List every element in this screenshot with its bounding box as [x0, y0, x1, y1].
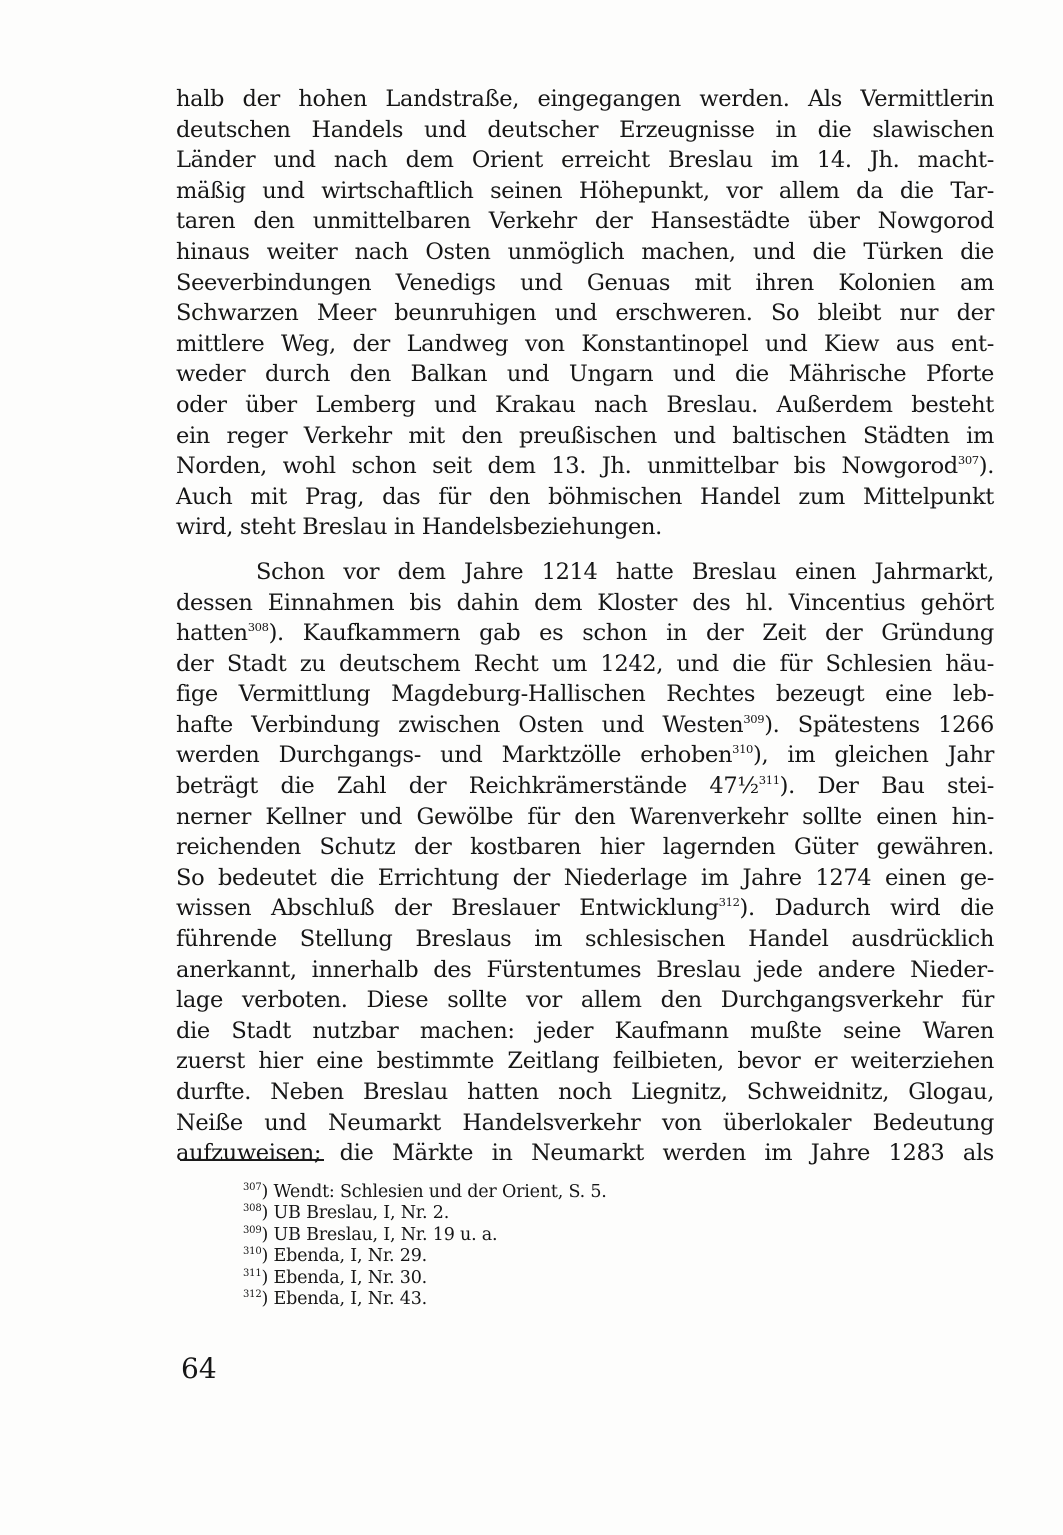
text-line: reichenden Schutz der kostbaren hier lag… [176, 832, 994, 863]
body-text: halb der hohen Landstraße, eingegangen w… [176, 84, 994, 1169]
footnote-text: Ebenda, I, Nr. 43. [274, 1289, 428, 1309]
footnote-308: 308) UB Breslau, I, Nr. 2. [243, 1203, 607, 1224]
footnote-307: 307) Wendt: Schlesien und der Orient, S.… [243, 1182, 607, 1203]
text-line: beträgt die Zahl der Reichkrämerstände 4… [176, 771, 994, 802]
text-line: werden Durchgangs- und Marktzölle erhobe… [176, 740, 994, 771]
text-line: Auch mit Prag, das für den böhmischen Ha… [176, 482, 994, 513]
text-line: Schwarzen Meer beunruhigen und erschwere… [176, 298, 994, 329]
footnote-paren: ) [262, 1182, 274, 1202]
footnote-number: 309 [243, 1225, 262, 1236]
page-number: 64 [181, 1352, 217, 1385]
text-line: nerner Kellner und Gewölbe für den Waren… [176, 802, 994, 833]
text-line: deutschen Handels und deutscher Erzeugni… [176, 115, 994, 146]
text-line: dessen Einnahmen bis dahin dem Kloster d… [176, 588, 994, 619]
footnote-paren: ) [262, 1246, 274, 1266]
text-line: hafte Verbindung zwischen Osten und West… [176, 710, 994, 741]
text-line: durfte. Neben Breslau hatten noch Liegni… [176, 1077, 994, 1108]
text-fragment: ). [979, 453, 994, 479]
footnote-number: 312 [243, 1289, 262, 1300]
text-line: halb der hohen Landstraße, eingegangen w… [176, 84, 994, 115]
footnote-text: Ebenda, I, Nr. 29. [274, 1246, 428, 1266]
footnote-311: 311) Ebenda, I, Nr. 30. [243, 1268, 607, 1289]
paragraph-gap [176, 543, 994, 557]
footnote-separator [180, 1159, 324, 1161]
footnote-text: UB Breslau, I, Nr. 2. [274, 1203, 450, 1223]
text-line: anerkannt, innerhalb des Fürstentumes Br… [176, 955, 994, 986]
text-line: die Stadt nutzbar machen: jeder Kaufmann… [176, 1016, 994, 1047]
text-line: mäßig und wirtschaftlich seinen Höhepunk… [176, 176, 994, 207]
footnote-ref-312[interactable]: 312 [719, 895, 740, 909]
footnote-text: UB Breslau, I, Nr. 19 u. a. [274, 1225, 498, 1245]
text-line: aufzuweisen; die Märkte in Neumarkt werd… [176, 1138, 994, 1169]
text-line: lage verboten. Diese sollte vor allem de… [176, 985, 994, 1016]
text-line: Länder und nach dem Orient erreicht Bres… [176, 145, 994, 176]
text-fragment: hafte Verbindung zwischen Osten und West… [176, 712, 743, 738]
text-line: oder über Lemberg und Krakau nach Bresla… [176, 390, 994, 421]
text-line: Schon vor dem Jahre 1214 hatte Breslau e… [176, 557, 994, 588]
footnote-number: 308 [243, 1203, 262, 1214]
text-line: ein reger Verkehr mit den preußischen un… [176, 421, 994, 452]
text-fragment: wissen Abschluß der Breslauer Entwicklun… [176, 895, 719, 921]
text-fragment: werden Durchgangs- und Marktzölle erhobe… [176, 742, 732, 768]
text-line: wird, steht Breslau in Handelsbeziehunge… [176, 512, 994, 543]
footnote-310: 310) Ebenda, I, Nr. 29. [243, 1246, 607, 1267]
paragraph-2: Schon vor dem Jahre 1214 hatte Breslau e… [176, 557, 994, 1169]
footnote-text: Wendt: Schlesien und der Orient, S. 5. [274, 1182, 607, 1202]
text-line: weder durch den Balkan und Ungarn und di… [176, 359, 994, 390]
footnote-text: Ebenda, I, Nr. 30. [274, 1268, 428, 1288]
text-line: So bedeutet die Errichtung der Niederlag… [176, 863, 994, 894]
footnote-number: 311 [243, 1268, 262, 1279]
text-line: taren den unmittelbaren Verkehr der Hans… [176, 206, 994, 237]
text-fragment: ). Kaufkammern gab es schon in der Zeit … [269, 620, 994, 646]
text-line: Seeverbindungen Venedigs und Genuas mit … [176, 268, 994, 299]
text-fragment: beträgt die Zahl der Reichkrämerstände 4… [176, 773, 759, 799]
text-line: führende Stellung Breslaus im schlesisch… [176, 924, 994, 955]
footnote-312: 312) Ebenda, I, Nr. 43. [243, 1289, 607, 1310]
text-fragment: ). Der Bau stei- [780, 773, 994, 799]
text-line: mittlere Weg, der Landweg von Konstantin… [176, 329, 994, 360]
text-line: Norden, wohl schon seit dem 13. Jh. unmi… [176, 451, 994, 482]
text-line: hatten308). Kaufkammern gab es schon in … [176, 618, 994, 649]
paragraph-1: halb der hohen Landstraße, eingegangen w… [176, 84, 994, 543]
text-fragment: Norden, wohl schon seit dem 13. Jh. unmi… [176, 453, 958, 479]
text-fragment: ), im gleichen Jahr [753, 742, 994, 768]
footnote-number: 307 [243, 1182, 262, 1193]
text-line: zuerst hier eine bestimmte Zeitlang feil… [176, 1046, 994, 1077]
footnote-ref-309[interactable]: 309 [743, 712, 764, 726]
text-fragment: ). Spätestens 1266 [764, 712, 994, 738]
footnote-paren: ) [262, 1225, 274, 1245]
footnotes: 307) Wendt: Schlesien und der Orient, S.… [243, 1182, 607, 1310]
text-fragment: ). Dadurch wird die [740, 895, 994, 921]
footnote-paren: ) [262, 1268, 274, 1288]
footnote-ref-311[interactable]: 311 [759, 773, 780, 787]
text-fragment: hatten [176, 620, 248, 646]
footnote-309: 309) UB Breslau, I, Nr. 19 u. a. [243, 1225, 607, 1246]
footnote-paren: ) [262, 1289, 274, 1309]
text-line: fige Vermittlung Magdeburg-Hallischen Re… [176, 679, 994, 710]
text-line: Neiße und Neumarkt Handelsverkehr von üb… [176, 1108, 994, 1139]
footnote-paren: ) [262, 1203, 274, 1223]
footnote-ref-310[interactable]: 310 [732, 742, 753, 756]
text-line: hinaus weiter nach Osten unmöglich mache… [176, 237, 994, 268]
text-line: der Stadt zu deutschem Recht um 1242, un… [176, 649, 994, 680]
footnote-number: 310 [243, 1246, 262, 1257]
footnote-ref-308[interactable]: 308 [248, 620, 269, 634]
text-line: wissen Abschluß der Breslauer Entwicklun… [176, 893, 994, 924]
footnote-ref-307[interactable]: 307 [958, 453, 979, 467]
document-page: halb der hohen Landstraße, eingegangen w… [0, 0, 1063, 1535]
